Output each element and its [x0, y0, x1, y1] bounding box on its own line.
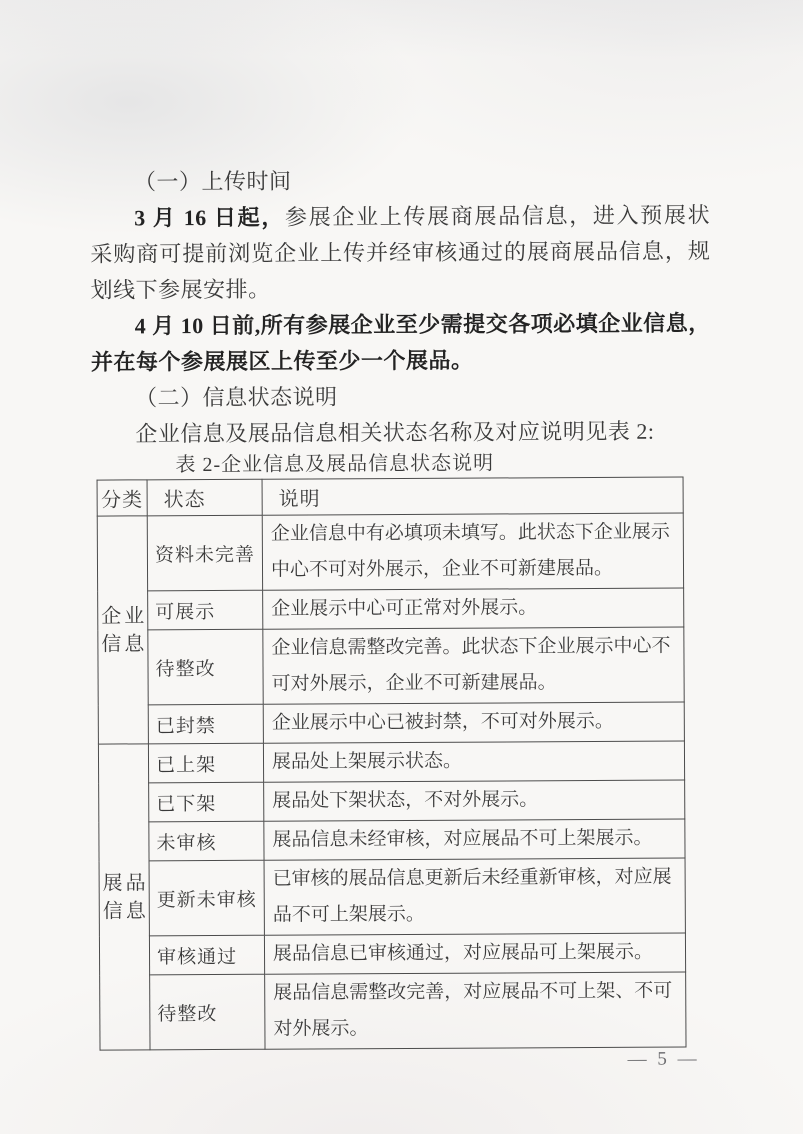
text-segment: 4 月 10 日前,所有参展企业至少需提交各项必填企业信息， [135, 310, 711, 338]
text-segment: 划线下参展安排。 [90, 277, 270, 303]
table-row: 更新未审核已审核的展品信息更新后未经重新审核，对应展品不可上架展示。 [99, 858, 685, 936]
body-line: 并在每个参展展区上传至少一个展品。 [91, 341, 711, 380]
description-cell: 企业展示中心已被封禁，不可对外展示。 [263, 702, 684, 743]
body-line: （二）信息状态说明 [91, 377, 711, 416]
status-cell: 更新未审核 [149, 860, 264, 936]
table-row: 已封禁企业展示中心已被封禁，不可对外展示。 [98, 702, 684, 744]
status-cell: 已下架 [149, 782, 264, 822]
category-text: 企业 [98, 602, 147, 630]
status-cell: 未审核 [149, 821, 264, 861]
table-row: 企业信息资料未完善企业信息中有必填项未填写。此状态下企业展示中心不可对外展示，企… [97, 513, 683, 591]
column-header: 说明 [262, 477, 683, 515]
table-row: 可展示企业展示中心可正常对外展示。 [98, 588, 684, 630]
column-header: 状态 [147, 479, 262, 516]
status-cell: 已上架 [148, 743, 263, 783]
column-header: 分类 [97, 480, 147, 516]
description-cell: 展品信息未经审核，对应展品不可上架展示。 [264, 819, 685, 860]
body-line: 企业信息及展品信息相关状态名称及对应说明见表 2: [91, 413, 711, 452]
description-cell: 企业信息需整改完善。此状态下企业展示中心不可对外展示，企业不可新建展品。 [263, 627, 684, 704]
category-text: 展品 [100, 869, 149, 897]
description-cell: 展品处上架展示状态。 [263, 741, 684, 782]
page-number: — 5 — [628, 1048, 700, 1070]
table-title: 表 2-企业信息及展品信息状态说明 [91, 449, 711, 479]
table-row: 展品信息已上架展品处上架展示状态。 [98, 741, 684, 783]
body-line: 划线下参展安排。 [90, 269, 710, 308]
description-cell: 展品信息需整改完善，对应展品不可上架、不可对外展示。 [265, 972, 686, 1049]
status-cell: 待整改 [148, 629, 263, 705]
status-cell: 资料未完善 [147, 515, 262, 591]
text-segment: 3 月 16 日起， [134, 205, 285, 231]
table-row: 未审核展品信息未经审核，对应展品不可上架展示。 [99, 819, 685, 861]
scanned-sheet: （一）上传时间3 月 16 日起，参展企业上传展商展品信息，进入预展状态。采购商… [0, 0, 803, 1134]
table-body: 企业信息资料未完善企业信息中有必填项未填写。此状态下企业展示中心不可对外展示，企… [97, 513, 686, 1050]
description-cell: 已审核的展品信息更新后未经重新审核，对应展品不可上架展示。 [264, 858, 685, 935]
page-content: （一）上传时间3 月 16 日起，参展企业上传展商展品信息，进入预展状态。采购商… [90, 161, 715, 1050]
description-cell: 企业展示中心可正常对外展示。 [263, 588, 684, 629]
table-header-row: 分类状态说明 [97, 477, 683, 516]
table-row: 待整改企业信息需整改完善。此状态下企业展示中心不可对外展示，企业不可新建展品。 [98, 627, 684, 705]
body-line: 4 月 10 日前,所有参展企业至少需提交各项必填企业信息， [91, 305, 711, 344]
description-cell: 展品处下架状态，不对外展示。 [264, 780, 685, 821]
description-cell: 展品信息已审核通过，对应展品可上架展示。 [264, 933, 685, 974]
text-segment: 采购商可提前浏览企业上传并经审核通过的展商展品信息，规 [90, 238, 710, 266]
table-row: 已下架展品处下架状态，不对外展示。 [99, 780, 685, 822]
body-text: （一）上传时间3 月 16 日起，参展企业上传展商展品信息，进入预展状态。采购商… [90, 161, 711, 452]
status-table: 分类状态说明 企业信息资料未完善企业信息中有必填项未填写。此状态下企业展示中心不… [97, 477, 687, 1051]
body-line: 采购商可提前浏览企业上传并经审核通过的展商展品信息，规 [90, 233, 710, 272]
document-page: （一）上传时间3 月 16 日起，参展企业上传展商展品信息，进入预展状态。采购商… [0, 0, 803, 1134]
description-cell: 企业信息中有必填项未填写。此状态下企业展示中心不可对外展示，企业不可新建展品。 [262, 513, 683, 590]
text-segment: 企业信息及展品信息相关状态名称及对应说明见表 2: [135, 419, 654, 447]
text-segment: （二）信息状态说明 [135, 384, 338, 410]
category-text: 信息 [98, 630, 147, 658]
table-row: 审核通过展品信息已审核通过，对应展品可上架展示。 [99, 933, 685, 975]
status-cell: 审核通过 [149, 935, 264, 975]
body-line: 3 月 16 日起，参展企业上传展商展品信息，进入预展状态。 [90, 197, 710, 236]
table-row: 待整改展品信息需整改完善，对应展品不可上架、不可对外展示。 [100, 972, 686, 1050]
text-segment: （一）上传时间 [134, 169, 292, 195]
status-cell: 待整改 [150, 974, 265, 1050]
text-segment: 并在每个参展展区上传至少一个展品。 [91, 348, 474, 375]
body-line: （一）上传时间 [90, 161, 710, 200]
status-cell: 已封禁 [148, 704, 263, 744]
category-cell: 展品信息 [98, 744, 150, 1050]
status-cell: 可展示 [148, 590, 263, 630]
category-cell: 企业信息 [97, 516, 148, 744]
category-text: 信息 [100, 897, 149, 925]
